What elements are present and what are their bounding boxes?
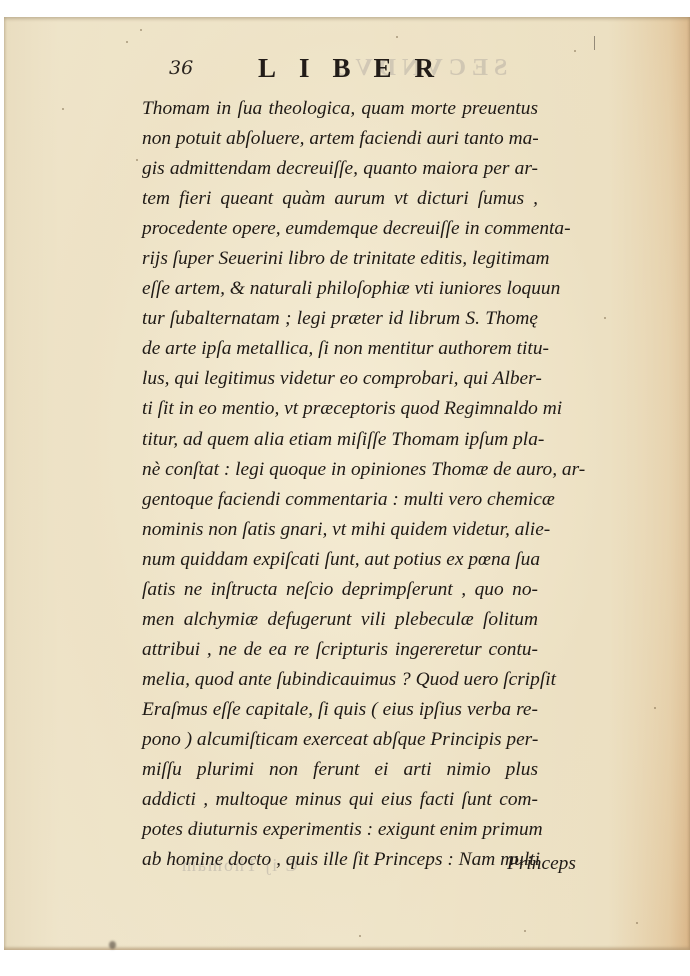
ink-smudge [109,941,116,949]
paper-speck [604,317,606,319]
text-line: addicti , multoque minus qui eius facti … [142,785,538,815]
text-line: pono ) alcumiſticam exerceat abſque Prin… [142,725,538,755]
signature-show-through: C ij Thomam [180,855,298,876]
text-line: nominis non ſatis gnari, vt mihi quidem … [142,515,538,545]
running-title: LIBER [258,53,457,84]
text-line: miſſu plurimi non ferunt ei arti nimio p… [142,755,538,785]
paper-speck [126,41,128,43]
text-line: gentoque faciendi commentaria : multi ve… [142,485,538,515]
text-line: melia, quod ante ſubindicauimus ? Quod u… [142,665,538,695]
text-line: nè conſtat : legi quoque in opiniones Th… [142,455,538,485]
catchword: Princeps [507,853,576,875]
paper-speck [636,922,638,924]
text-line: attribui , ne de ea re ſcripturis ingere… [142,635,538,665]
text-line: titur, ad quem alia etiam miſiſſe Thomam… [142,425,538,455]
page-number: 36 [169,57,193,79]
text-line: potes diuturnis experimentis : exigunt e… [142,815,538,845]
paper-speck [140,29,142,31]
paper-speck [574,50,576,52]
paper-speck [62,108,64,110]
paper-speck [654,707,656,709]
text-line: Thomam in ſua theologica, quam morte pre… [142,94,538,124]
page-mark [594,36,595,50]
text-line: non potuit abſoluere, artem faciendi aur… [142,124,538,154]
body-text: Thomam in ſua theologica, quam morte pre… [142,94,538,875]
text-line: Eraſmus eſſe capitale, ſi quis ( eius ip… [142,695,538,725]
paper-speck [359,935,361,937]
page-footer: C ij Thomam Princeps [0,853,690,883]
text-line: ſatis ne inſtructa neſcio deprimpſerunt … [142,575,538,605]
text-line: de arte ipſa metallica, ſi non mentitur … [142,334,538,364]
text-line: lus, qui legitimus videtur eo comprobari… [142,364,538,394]
text-line: procedente opere, eumdemque decreuiſſe i… [142,214,538,244]
text-line: ti ſit in eo mentio, vt præceptoris quod… [142,394,538,424]
paper-speck [396,36,398,38]
text-line: tur ſubalternatam ; legi præter id libru… [142,304,538,334]
paper-speck [524,930,526,932]
text-line: tem fieri queant quàm aurum vt dicturi ſ… [142,184,538,214]
page-header: SECVNDVS 36 LIBER [0,53,690,87]
text-line: men alchymiæ defugerunt vili plebeculæ ſ… [142,605,538,635]
paper-speck [136,159,138,161]
text-line: num quiddam expiſcati ſunt, aut potius e… [142,545,538,575]
text-line: rijs ſuper Seuerini libro de trinitate e… [142,244,538,274]
text-line: gis admittendam decreuiſſe, quanto maior… [142,154,538,184]
text-line: eſſe artem, & naturali philoſophiæ vti i… [142,274,538,304]
